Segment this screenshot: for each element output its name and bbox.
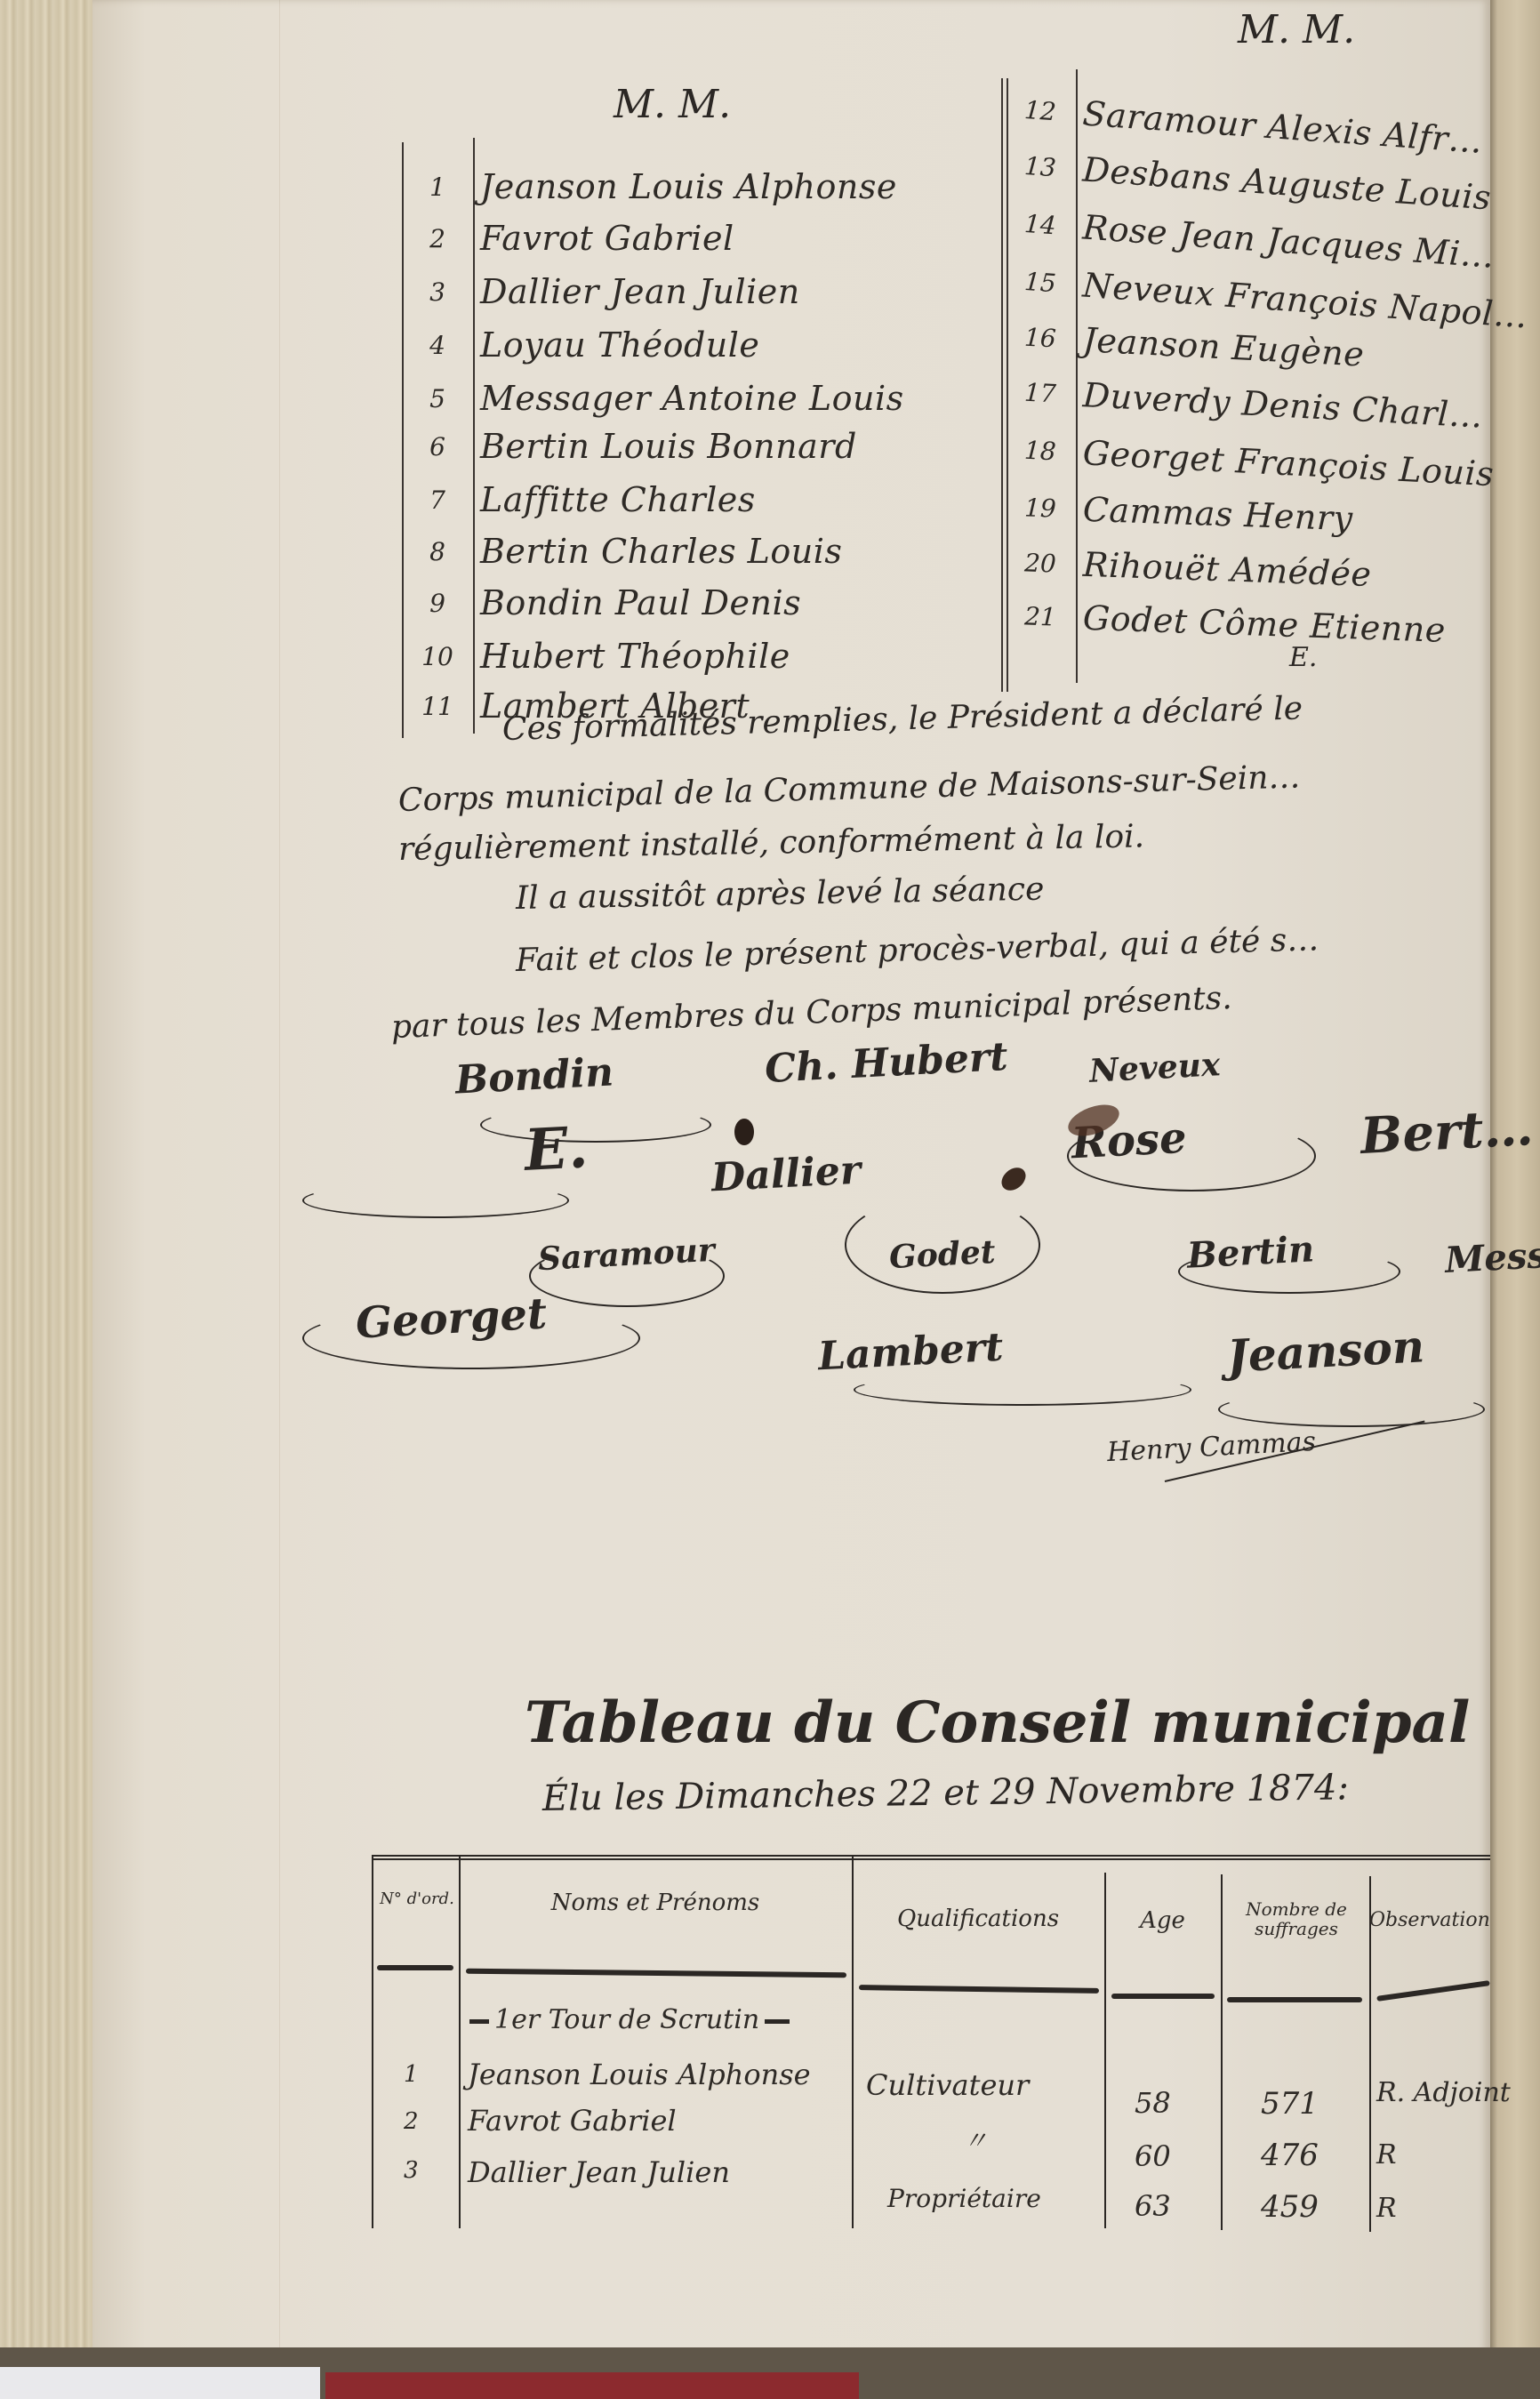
page-stack-edge [0, 0, 107, 2347]
signature-messager: Mess… [1444, 1232, 1540, 1281]
table-title: Tableau du Conseil municipal [525, 1689, 1470, 1756]
section-label: 1er Tour de Scrutin [469, 2004, 790, 2035]
page-margin-line [279, 0, 280, 2347]
cell-votes: 571 [1261, 2086, 1319, 2122]
council-table: N° d'ord. Noms et Prénoms Qualifications… [372, 1855, 1490, 2228]
header-rule [377, 1965, 453, 1970]
cell-age: 63 [1135, 2189, 1171, 2223]
roster-row: 1Jeanson Louis Alphonse [411, 160, 897, 213]
roster-number: 10 [411, 642, 464, 671]
roster-row: 4Loyau Théodule [411, 318, 759, 372]
roster-number: 21 [1013, 601, 1067, 632]
signature-neveux: Neveux [1088, 1046, 1221, 1090]
roster-number: 20 [1013, 548, 1067, 579]
roster-name: Laffitte Charles [464, 480, 756, 519]
cell-name: Jeanson Louis Alphonse [468, 2058, 811, 2091]
signature-bondin: Bondin [454, 1049, 614, 1103]
ink-blot [734, 1119, 754, 1145]
roster-row: 2Favrot Gabriel [411, 212, 734, 265]
roster-number: 9 [411, 589, 464, 618]
roster-number: 3 [411, 277, 464, 307]
header-rule [1376, 1980, 1490, 2002]
signature-flourish [302, 1183, 569, 1218]
roster-number: 16 [1013, 322, 1068, 354]
section-dash [469, 2019, 489, 2024]
roster-number: 11 [411, 692, 464, 721]
roster-row: 3Dallier Jean Julien [411, 265, 800, 318]
roster-divider-rule-a [1001, 78, 1003, 692]
signature-flourish [1178, 1249, 1400, 1294]
roster-name: Hubert Théophile [464, 637, 790, 676]
roster-number: 17 [1013, 377, 1068, 409]
roster-name: Rihouët Amédée [1066, 544, 1372, 594]
signature-flourish [529, 1245, 725, 1307]
roster-number: 4 [411, 331, 464, 360]
table-column-rule [1221, 1874, 1223, 2230]
roster-trailing-mark: E. [1289, 642, 1317, 673]
facing-page-edge [1490, 0, 1540, 2399]
section-label-text: 1er Tour de Scrutin [494, 2004, 759, 2035]
cell-observations: R. Adjoint [1376, 2077, 1511, 2108]
cell-age: 58 [1135, 2086, 1171, 2120]
cell-votes: 459 [1261, 2189, 1319, 2225]
column-header-name: Noms et Prénoms [459, 1890, 852, 1916]
roster-divider-rule-b [1007, 78, 1008, 692]
signature-flourish [302, 1307, 640, 1369]
signature-jeanson: Jeanson [1226, 1320, 1426, 1383]
roster-row: 6Bertin Louis Bonnard [411, 420, 857, 473]
signature-flourish [854, 1374, 1191, 1406]
cell-votes: 476 [1261, 2138, 1319, 2173]
roster-row: 8Bertin Charles Louis [411, 525, 842, 578]
column-header-votes: Nombre de suffrages [1225, 1899, 1368, 1938]
roster-name: Favrot Gabriel [464, 219, 734, 258]
roster-name: Jeanson Eugène [1066, 319, 1366, 373]
roster-number: 7 [411, 485, 464, 515]
cell-qualification: 〃 [963, 2122, 988, 2157]
table-column-rule [372, 1855, 373, 2228]
cover-label-red [325, 2372, 859, 2399]
signature-flourish [480, 1107, 711, 1143]
cover-label-white [0, 2367, 320, 2399]
roster-name: Messager Antoine Louis [464, 379, 904, 418]
header-rule [1227, 1997, 1362, 2002]
cell-observations: R [1376, 2139, 1397, 2170]
section-dash [765, 2019, 790, 2024]
signature-flourish [1067, 1120, 1316, 1191]
roster-number: 18 [1013, 435, 1068, 467]
roster-name: Loyau Théodule [464, 325, 759, 365]
signature-flourish [845, 1196, 1040, 1294]
roster-number: 2 [411, 224, 464, 253]
cell-qualification: Propriétaire [887, 2184, 1041, 2213]
header-rule [859, 1985, 1099, 1994]
roster-left-outer-rule [402, 142, 404, 738]
roster-row: 5Messager Antoine Louis [411, 372, 904, 425]
header-rule [466, 1969, 846, 1978]
roster-name: Godet Côme Etienne [1066, 598, 1446, 650]
cell-age: 60 [1135, 2139, 1171, 2173]
roster-heading-right: M. M. [1238, 7, 1355, 52]
header-rule [1111, 1994, 1215, 1999]
signature-bertin-edge: Bert… [1359, 1098, 1535, 1166]
roster-number: 13 [1013, 150, 1068, 183]
cell-name: Favrot Gabriel [468, 2104, 677, 2138]
roster-number: 14 [1013, 208, 1068, 241]
column-header-observations: Observations [1369, 1910, 1490, 1931]
cell-name: Dallier Jean Julien [468, 2155, 730, 2189]
roster-number: 19 [1013, 493, 1067, 524]
column-header-num: N° d'ord. [375, 1890, 459, 1908]
roster-heading-left: M. M. [614, 82, 731, 127]
table-top-double-rule [372, 1855, 1490, 1860]
cell-qualification: Cultivateur [866, 2068, 1029, 2102]
roster-row: 7Laffitte Charles [411, 473, 756, 526]
roster-number: 8 [411, 537, 464, 566]
roster-number: 15 [1013, 266, 1068, 299]
roster-row: 9Bondin Paul Denis [411, 576, 801, 630]
cell-num: 2 [404, 2108, 419, 2135]
roster-row: 10Hubert Théophile [411, 630, 790, 683]
signature-lambert: Lambert [817, 1325, 1005, 1380]
signature-dallier: Dallier [710, 1148, 862, 1201]
roster-number: 12 [1013, 94, 1068, 127]
roster-name: Cammas Henry [1066, 489, 1353, 538]
roster-number: 5 [411, 384, 464, 413]
roster-name: Bertin Charles Louis [464, 532, 842, 571]
signature-flourish [1218, 1392, 1485, 1427]
roster-name: Bertin Louis Bonnard [464, 427, 857, 466]
roster-number: 1 [411, 173, 464, 202]
cell-num: 3 [404, 2157, 419, 2184]
column-header-qualification: Qualifications [852, 1906, 1104, 1932]
column-header-age: Age [1104, 1908, 1221, 1934]
roster-number: 6 [411, 432, 464, 461]
cell-observations: R [1376, 2193, 1397, 2224]
roster-name: Jeanson Louis Alphonse [464, 167, 897, 206]
cell-num: 1 [404, 2061, 419, 2088]
roster-name: Bondin Paul Denis [464, 583, 801, 622]
roster-name: Dallier Jean Julien [464, 272, 800, 311]
